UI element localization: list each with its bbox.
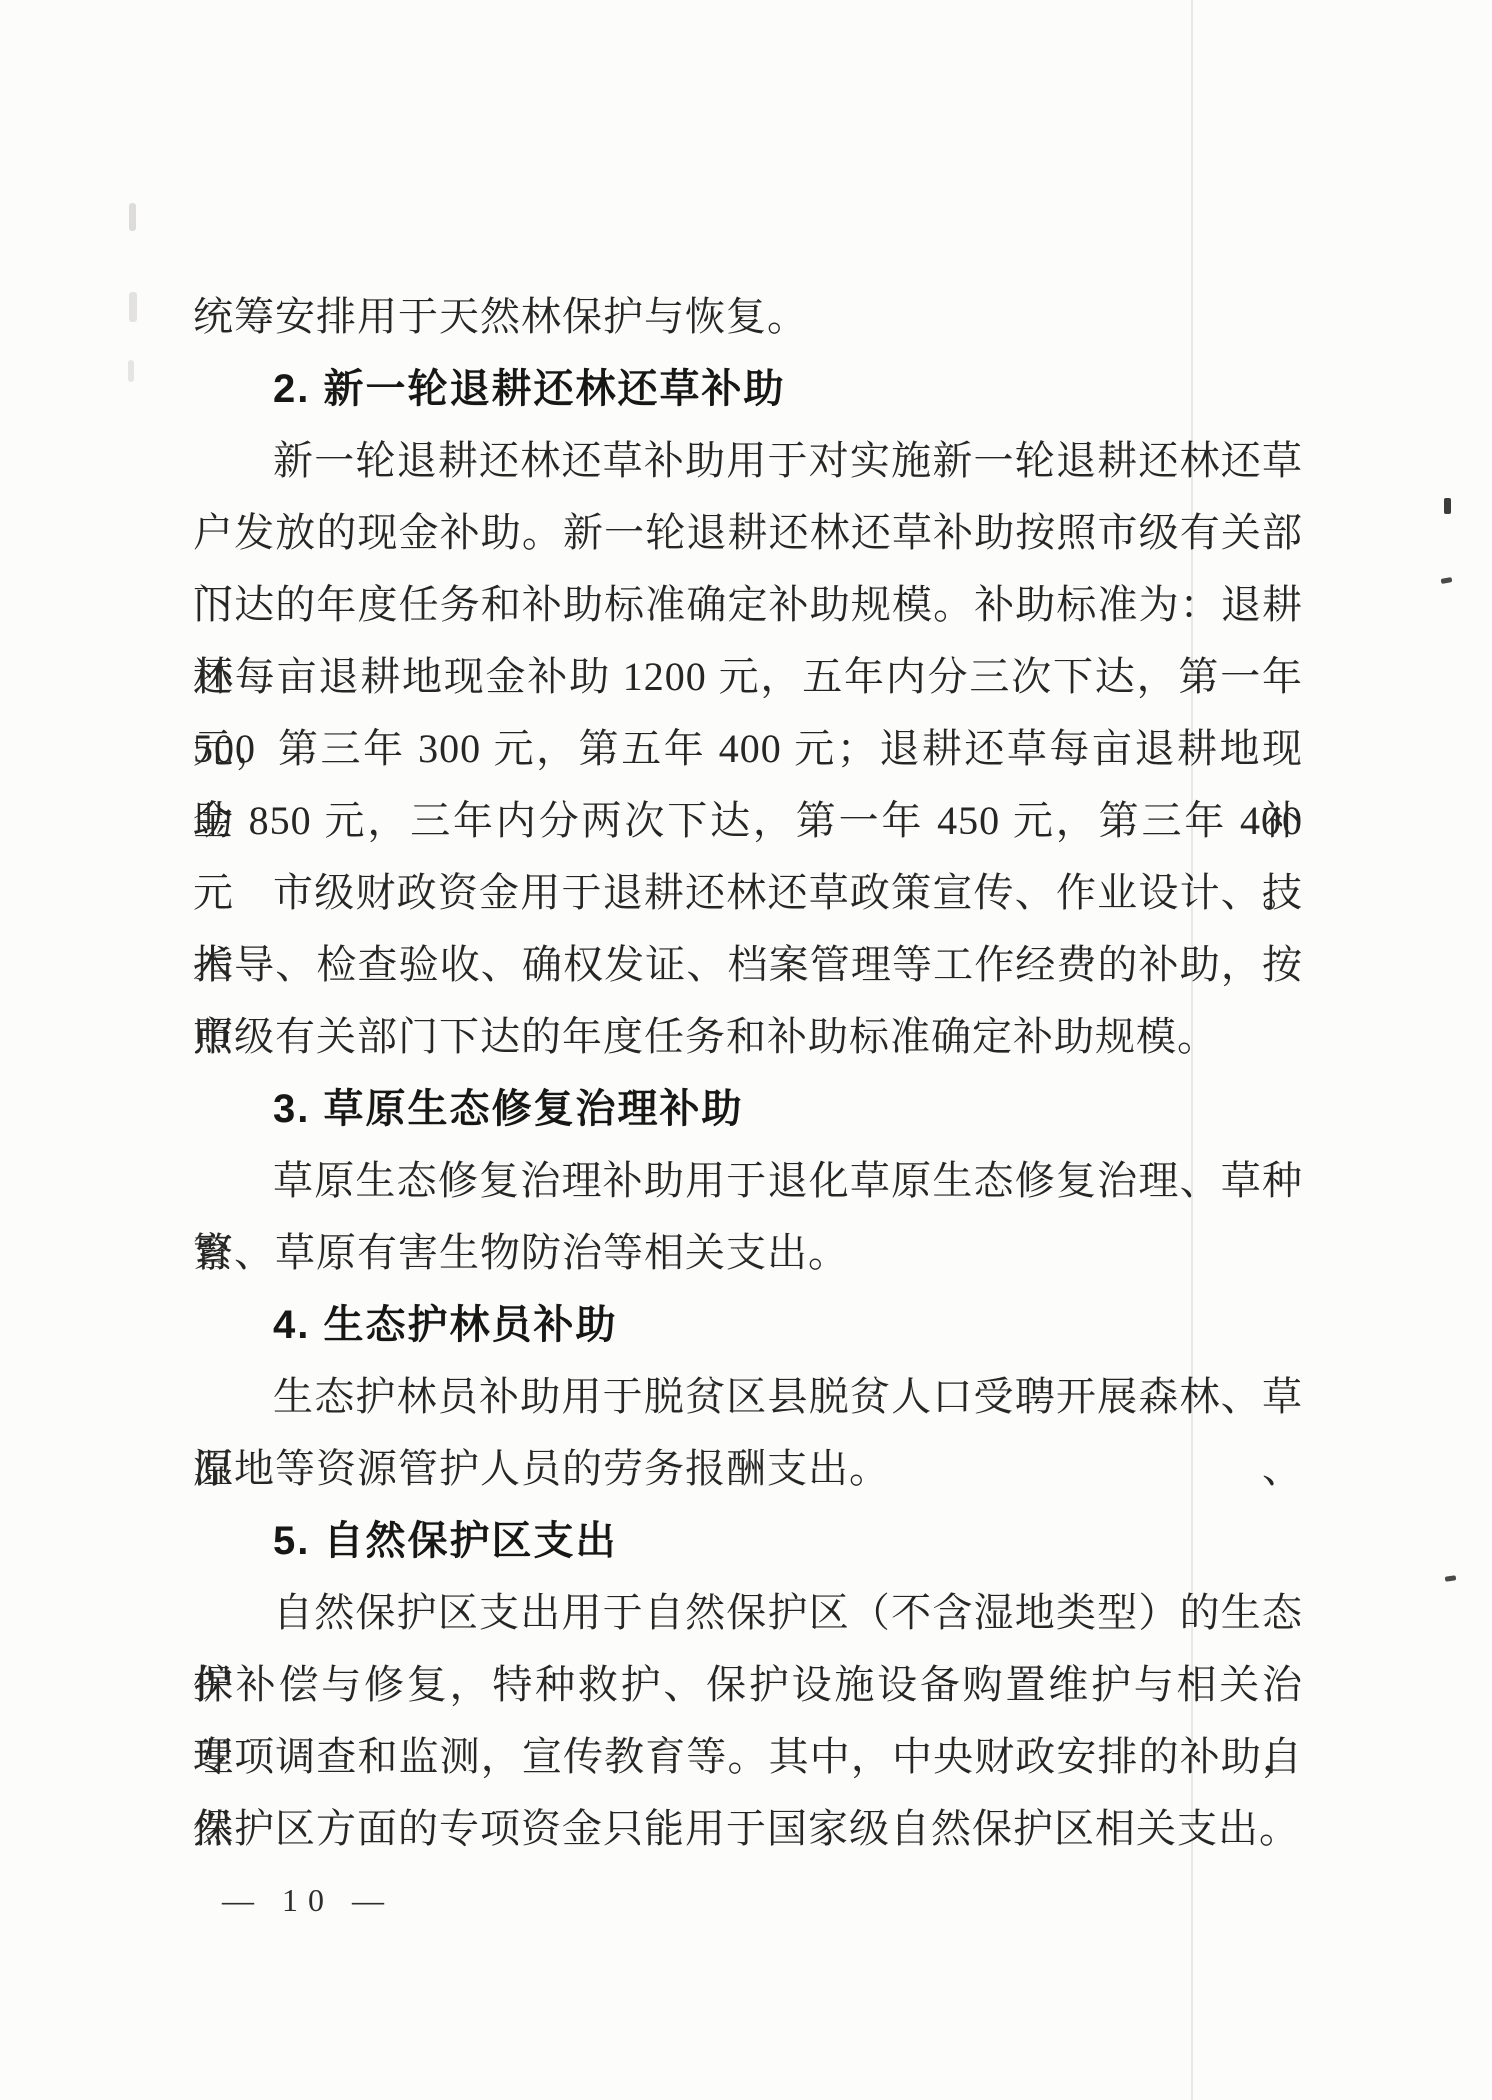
- text-line: 户发放的现金补助。新一轮退耕还林还草补助按照市级有关部门: [193, 497, 1303, 569]
- section-heading-5: 5. 自然保护区支出: [193, 1505, 1303, 1577]
- text-line: 市级有关部门下达的年度任务和补助标准确定补助规模。: [193, 1001, 1303, 1073]
- text-line: 专项调查和监测，宣传教育等。其中，中央财政安排的补助自然: [193, 1721, 1303, 1793]
- scan-artifact: [129, 292, 137, 322]
- section-heading-3: 3. 草原生态修复治理补助: [193, 1073, 1303, 1145]
- page-number: — 10 —: [222, 1882, 394, 1919]
- text-line: 下达的年度任务和补助标准确定补助规模。补助标准为：退耕还: [193, 569, 1303, 641]
- scan-mark: [1441, 577, 1453, 584]
- text-line: 育、草原有害生物防治等相关支出。: [193, 1217, 1303, 1289]
- scanned-document-page: 统筹安排用于天然林保护与恢复。 2. 新一轮退耕还林还草补助 新一轮退耕还林还草…: [0, 0, 1492, 2100]
- text-line: 市级财政资金用于退耕还林还草政策宣传、作业设计、技术: [193, 857, 1303, 929]
- text-line: 新一轮退耕还林还草补助用于对实施新一轮退耕还林还草: [193, 425, 1303, 497]
- scan-mark: [1444, 498, 1451, 514]
- text-line: 护补偿与修复，特种救护、保护设施设备购置维护与相关治理，: [193, 1649, 1303, 1721]
- text-line: 草原生态修复治理补助用于退化草原生态修复治理、草种繁: [193, 1145, 1303, 1217]
- text-line: 指导、检查验收、确权发证、档案管理等工作经费的补助，按照: [193, 929, 1303, 1001]
- text-line: 自然保护区支出用于自然保护区（不含湿地类型）的生态保: [193, 1577, 1303, 1649]
- text-line: 林每亩退耕地现金补助 1200 元，五年内分三次下达，第一年 500: [193, 641, 1303, 713]
- document-body: 统筹安排用于天然林保护与恢复。 2. 新一轮退耕还林还草补助 新一轮退耕还林还草…: [193, 281, 1303, 1865]
- scan-mark: [1445, 1575, 1457, 1581]
- section-heading-4: 4. 生态护林员补助: [193, 1289, 1303, 1361]
- text-line: 保护区方面的专项资金只能用于国家级自然保护区相关支出。: [193, 1793, 1303, 1865]
- text-line: 元，第三年 300 元，第五年 400 元；退耕还草每亩退耕地现金补: [193, 713, 1303, 785]
- text-line: 生态护林员补助用于脱贫区县脱贫人口受聘开展森林、草原、: [193, 1361, 1303, 1433]
- scan-artifact: [129, 203, 136, 231]
- text-line: 统筹安排用于天然林保护与恢复。: [193, 281, 1303, 353]
- text-line: 助 850 元，三年内分两次下达，第一年 450 元，第三年 400 元。: [193, 785, 1303, 857]
- scan-artifact: [128, 360, 134, 382]
- section-heading-2: 2. 新一轮退耕还林还草补助: [193, 353, 1303, 425]
